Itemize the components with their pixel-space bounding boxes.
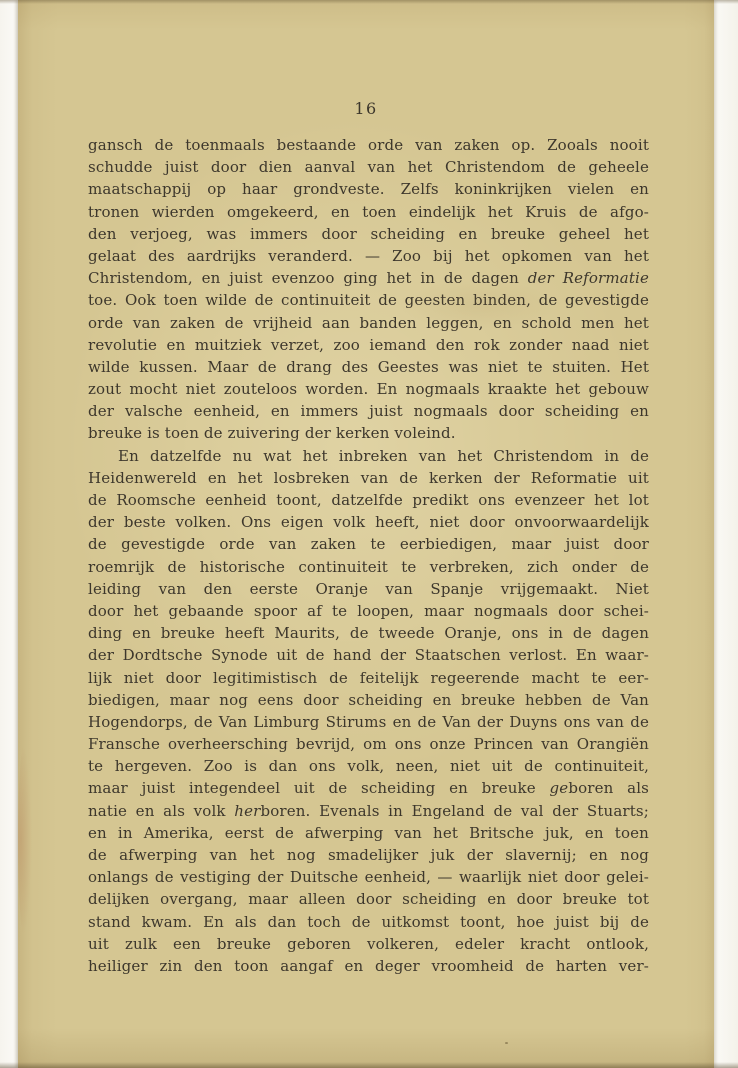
text-segment: toe. Ook toen wilde de continuiteit de g… — [88, 291, 649, 309]
text-line: maar juist integendeel uit de scheiding … — [88, 777, 649, 799]
text-line: natie en als volk herboren. Evenals in E… — [88, 800, 649, 822]
text-segment: den verjoeg, was immers door scheiding e… — [88, 225, 649, 243]
text-segment: schudde juist door dien aanval van het C… — [88, 158, 649, 176]
text-line: der valsche eenheid, en immers juist nog… — [88, 400, 649, 422]
text-line: Fransche overheersching bevrijd, om ons … — [88, 733, 649, 755]
text-line: der beste volken. Ons eigen volk heeft, … — [88, 511, 649, 533]
text-line: ding en breuke heeft Maurits, de tweede … — [88, 622, 649, 644]
text-segment: der valsche eenheid, en immers juist nog… — [88, 402, 649, 420]
text-segment: Heidenwereld en het losbreken van de ker… — [88, 469, 649, 487]
text-segment: zout mocht niet zouteloos worden. En nog… — [88, 380, 649, 398]
text-line: breuke is toen de zuivering der kerken v… — [88, 422, 649, 444]
text-segment: delijken overgang, maar alleen door sche… — [88, 890, 649, 908]
text-line: orde van zaken de vrijheid aan banden le… — [88, 312, 649, 334]
text-line: toe. Ook toen wilde de continuiteit de g… — [88, 289, 649, 311]
text-segment: door het gebaande spoor af te loopen, ma… — [88, 602, 649, 620]
text-line: Hogendorps, de Van Limburg Stirums en de… — [88, 711, 649, 733]
text-segment: maatschappij op haar grondveste. Zelfs k… — [88, 180, 649, 198]
text-line: revolutie en muitziek verzet, zoo iemand… — [88, 334, 649, 356]
scan-speck — [505, 1042, 508, 1044]
text-line: zout mocht niet zouteloos worden. En nog… — [88, 378, 649, 400]
text-line: biedigen, maar nog eens door scheiding e… — [88, 689, 649, 711]
text-line: onlangs de vestiging der Duitsche eenhei… — [88, 866, 649, 888]
text-line: de gevestigde orde van zaken te eerbiedi… — [88, 533, 649, 555]
text-line: gelaat des aardrijks veranderd. — Zoo bi… — [88, 245, 649, 267]
text-segment: orde van zaken de vrijheid aan banden le… — [88, 314, 649, 332]
text-segment: lijk niet door legitimistisch de feiteli… — [88, 669, 649, 687]
text-line: den verjoeg, was immers door scheiding e… — [88, 223, 649, 245]
text-line: der Dordtsche Synode uit de hand der Sta… — [88, 644, 649, 666]
text-segment: leiding van den eerste Oranje van Spanje… — [88, 580, 649, 598]
text-line: heiliger zin den toon aangaf en deger vr… — [88, 955, 649, 977]
text-line: wilde kussen. Maar de drang des Geestes … — [88, 356, 649, 378]
text-segment: En datzelfde nu wat het inbreken van het… — [118, 447, 649, 465]
text-segment: de Roomsche eenheid toont, datzelfde pre… — [88, 491, 649, 509]
page-number: 16 — [18, 99, 714, 118]
text-line: delijken overgang, maar alleen door sche… — [88, 888, 649, 910]
text-segment: breuke is toen de zuivering der kerken v… — [88, 424, 456, 442]
text-line: Christendom, en juist evenzoo ging het i… — [88, 267, 649, 289]
text-line: schudde juist door dien aanval van het C… — [88, 156, 649, 178]
text-segment: boren. Evenals in Engeland de val der St… — [260, 802, 649, 820]
text-line: stand kwam. En als dan toch de uitkomst … — [88, 911, 649, 933]
text-line: tronen wierden omgekeerd, en toen eindel… — [88, 201, 649, 223]
text-segment: te hergeven. Zoo is dan ons volk, neen, … — [88, 757, 649, 775]
text-segment: roemrijk de historische continuiteit te … — [88, 558, 649, 576]
text-line: door het gebaande spoor af te loopen, ma… — [88, 600, 649, 622]
text-line: leiding van den eerste Oranje van Spanje… — [88, 578, 649, 600]
text-line: uit zulk een breuke geboren volkeren, ed… — [88, 933, 649, 955]
scan-background: 16 gansch de toenmaals bestaande orde va… — [0, 0, 738, 1068]
text-segment: onlangs de vestiging der Duitsche eenhei… — [88, 868, 649, 886]
text-line: de Roomsche eenheid toont, datzelfde pre… — [88, 489, 649, 511]
text-segment: Christendom, en juist evenzoo ging het i… — [88, 269, 528, 287]
text-line: maatschappij op haar grondveste. Zelfs k… — [88, 178, 649, 200]
text-line: gansch de toenmaals bestaande orde van z… — [88, 134, 649, 156]
text-line: de afwerping van het nog smadelijker juk… — [88, 844, 649, 866]
text-line: lijk niet door legitimistisch de feiteli… — [88, 667, 649, 689]
text-segment: biedigen, maar nog eens door scheiding e… — [88, 691, 649, 709]
text-segment: der beste volken. Ons eigen volk heeft, … — [88, 513, 649, 531]
text-line: En datzelfde nu wat het inbreken van het… — [88, 445, 649, 467]
text-segment: stand kwam. En als dan toch de uitkomst … — [88, 913, 649, 931]
text-segment: natie en als volk — [88, 802, 234, 820]
text-segment: en in Amerika, eerst de afwerping van he… — [88, 824, 649, 842]
text-segment: uit zulk een breuke geboren volkeren, ed… — [88, 935, 649, 953]
book-page: 16 gansch de toenmaals bestaande orde va… — [18, 0, 714, 1068]
paper-stain — [18, 740, 32, 940]
text-segment: tronen wierden omgekeerd, en toen eindel… — [88, 203, 649, 221]
italic-text-segment: her — [234, 802, 260, 820]
text-line: te hergeven. Zoo is dan ons volk, neen, … — [88, 755, 649, 777]
paragraph: gansch de toenmaals bestaande orde van z… — [88, 134, 649, 445]
text-segment: der Dordtsche Synode uit de hand der Sta… — [88, 646, 649, 664]
text-segment: wilde kussen. Maar de drang des Geestes … — [88, 358, 649, 376]
text-segment: maar juist integendeel uit de scheiding … — [88, 779, 550, 797]
text-segment: heiliger zin den toon aangaf en deger vr… — [88, 957, 649, 975]
italic-text-segment: der Reformatie — [528, 269, 649, 287]
text-segment: gansch de toenmaals bestaande orde van z… — [88, 136, 649, 154]
text-segment: boren als — [568, 779, 649, 797]
text-segment: Fransche overheersching bevrijd, om ons … — [88, 735, 649, 753]
text-segment: ding en breuke heeft Maurits, de tweede … — [88, 624, 649, 642]
paragraph: En datzelfde nu wat het inbreken van het… — [88, 445, 649, 978]
text-line: en in Amerika, eerst de afwerping van he… — [88, 822, 649, 844]
text-segment: de gevestigde orde van zaken te eerbiedi… — [88, 535, 649, 553]
text-segment: gelaat des aardrijks veranderd. — Zoo bi… — [88, 247, 649, 265]
text-line: Heidenwereld en het losbreken van de ker… — [88, 467, 649, 489]
text-segment: Hogendorps, de Van Limburg Stirums en de… — [88, 713, 649, 731]
text-segment: revolutie en muitziek verzet, zoo iemand… — [88, 336, 649, 354]
body-text: gansch de toenmaals bestaande orde van z… — [88, 134, 649, 977]
text-line: roemrijk de historische continuiteit te … — [88, 556, 649, 578]
italic-text-segment: ge — [550, 779, 569, 797]
text-segment: de afwerping van het nog smadelijker juk… — [88, 846, 649, 864]
